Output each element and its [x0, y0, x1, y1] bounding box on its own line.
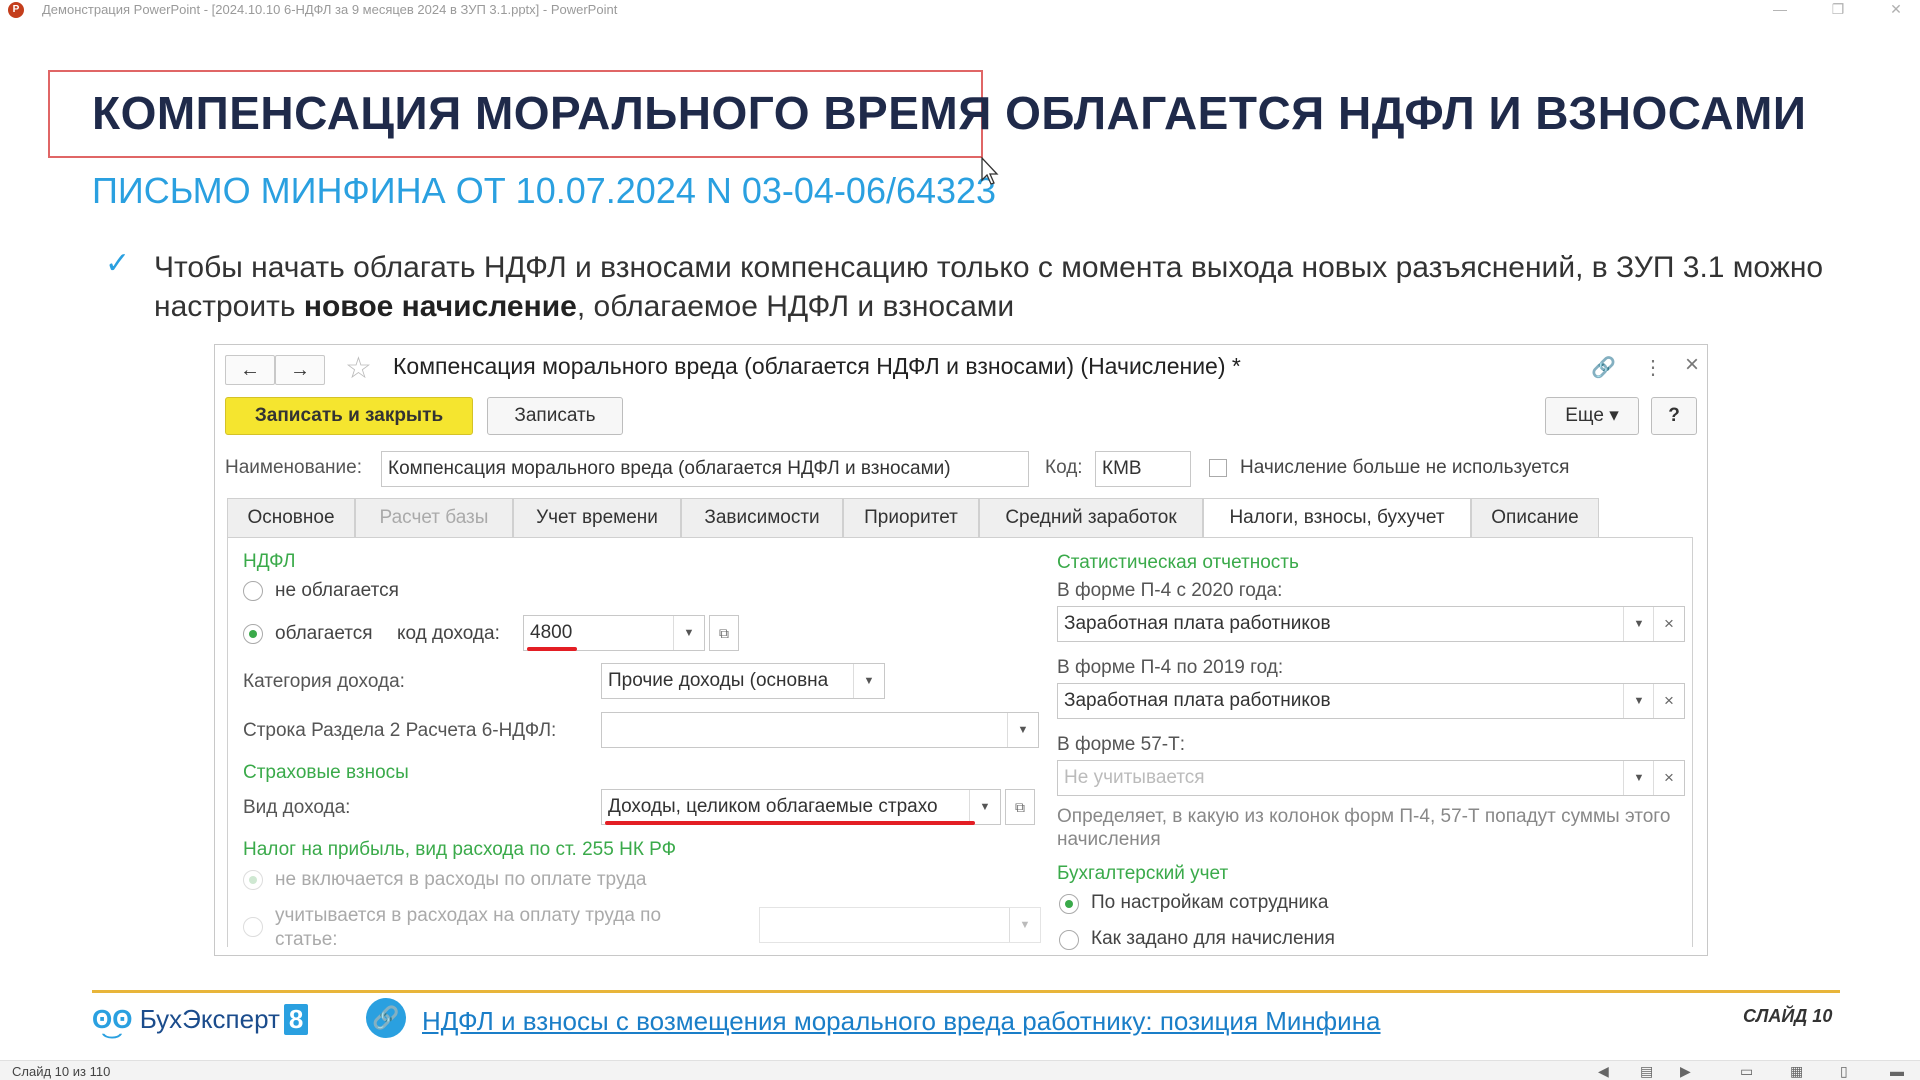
profit-included-label-2: статье:: [275, 929, 338, 951]
report-line-label: Строка Раздела 2 Расчета 6-НДФЛ:: [243, 720, 556, 742]
window-title: Демонстрация PowerPoint - [2024.10.10 6-…: [42, 1, 617, 19]
f57-label: В форме 57-Т:: [1057, 734, 1185, 756]
tab-average-earnings[interactable]: Средний заработок: [979, 498, 1203, 538]
owl-logo-icon: ʘ͜ʘ: [92, 1004, 132, 1034]
name-label: Наименование:: [225, 457, 362, 479]
highlight-underline: [527, 647, 577, 651]
ndfl-not-taxed-label: не облагается: [275, 580, 399, 602]
chevron-down-icon[interactable]: ▼: [969, 790, 1000, 824]
tab-time-accounting[interactable]: Учет времени: [513, 498, 681, 538]
profit-included-radio[interactable]: [243, 917, 263, 937]
chevron-down-icon[interactable]: ▼: [1623, 684, 1654, 718]
minimize-button[interactable]: —: [1760, 0, 1800, 20]
status-bar: Слайд 10 из 110 ◀ ▤ ▶ ▭ ▦ ▯ ▬: [0, 1060, 1920, 1080]
acc-as-accrual-label: Как задано для начисления: [1091, 928, 1335, 950]
link-icon[interactable]: 🔗: [1591, 355, 1616, 380]
clear-icon[interactable]: ×: [1653, 607, 1684, 641]
not-used-checkbox[interactable]: [1209, 459, 1227, 477]
more-vertical-icon[interactable]: ⋮: [1643, 355, 1663, 380]
income-code-label: код дохода:: [397, 623, 500, 645]
chevron-down-icon[interactable]: ▼: [1009, 908, 1040, 942]
code-field[interactable]: КМВ: [1095, 451, 1191, 487]
chevron-down-icon[interactable]: ▼: [673, 616, 704, 650]
normal-view-icon[interactable]: ▭: [1740, 1063, 1753, 1080]
open-icon[interactable]: ⧉: [1005, 789, 1035, 825]
income-category-field[interactable]: Прочие доходы (основна▼: [601, 663, 885, 699]
highlight-underline: [605, 821, 975, 825]
acc-as-accrual-radio[interactable]: [1059, 930, 1079, 950]
slide-counter: Слайд 10 из 110: [12, 1064, 110, 1079]
tab-priority[interactable]: Приоритет: [843, 498, 979, 538]
chevron-down-icon[interactable]: ▼: [1623, 607, 1654, 641]
tab-base-calc[interactable]: Расчет базы: [355, 498, 513, 538]
footer-divider: [92, 990, 1840, 993]
acc-by-employee-radio[interactable]: [1059, 894, 1079, 914]
tab-description[interactable]: Описание: [1471, 498, 1599, 538]
not-used-label: Начисление больше не используется: [1240, 457, 1569, 479]
reading-view-icon[interactable]: ▯: [1840, 1063, 1848, 1080]
report-line-field[interactable]: ▼: [601, 712, 1039, 748]
stat-hint: Определяет, в какую из колонок форм П-4,…: [1057, 805, 1687, 851]
play-icon[interactable]: ▶: [1680, 1063, 1691, 1080]
slide-number: СЛАЙД 10: [1743, 1006, 1832, 1027]
chevron-down-icon[interactable]: ▼: [1007, 713, 1038, 747]
previous-icon[interactable]: ◀: [1598, 1063, 1609, 1080]
article-link[interactable]: НДФЛ и взносы с возмещения морального вр…: [422, 1006, 1381, 1037]
forward-button[interactable]: →: [275, 355, 325, 385]
profit-included-label: учитывается в расходах на оплату труда п…: [275, 905, 661, 927]
income-code-field[interactable]: 4800▼: [523, 615, 705, 651]
restore-button[interactable]: ❐: [1818, 0, 1858, 20]
profit-not-included-radio[interactable]: [243, 870, 263, 890]
tab-taxes[interactable]: Налоги, взносы, бухучет: [1203, 498, 1471, 538]
expense-article-field[interactable]: ▼: [759, 907, 1041, 943]
insurance-section-title: Страховые взносы: [243, 762, 409, 784]
help-button[interactable]: ?: [1651, 397, 1697, 435]
powerpoint-icon: P: [8, 2, 24, 18]
code-label: Код:: [1045, 457, 1083, 479]
chevron-down-icon[interactable]: ▼: [853, 664, 884, 698]
tab-dependencies[interactable]: Зависимости: [681, 498, 843, 538]
p4-2019-label: В форме П-4 по 2019 год:: [1057, 657, 1283, 679]
stat-section-title: Статистическая отчетность: [1057, 552, 1299, 574]
checkmark-icon: ✓: [105, 246, 130, 281]
clear-icon[interactable]: ×: [1653, 761, 1684, 795]
notes-icon[interactable]: ▤: [1640, 1063, 1653, 1080]
clear-icon[interactable]: ×: [1653, 684, 1684, 718]
close-window-button[interactable]: ✕: [1876, 0, 1916, 20]
slide-title: КОМПЕНСАЦИЯ МОРАЛЬНОГО ВРЕМЯ ОБЛАГАЕТСЯ …: [92, 86, 1806, 140]
chevron-down-icon[interactable]: ▼: [1623, 761, 1654, 795]
income-type-field[interactable]: Доходы, целиком облагаемые страхо▼: [601, 789, 1001, 825]
p4-2020-field[interactable]: Заработная плата работников▼×: [1057, 606, 1685, 642]
link-icon: 🔗: [366, 998, 406, 1038]
slide-subtitle: ПИСЬМО МИНФИНА ОТ 10.07.2024 N 03-04-06/…: [92, 170, 996, 212]
form-title: Компенсация морального вреда (облагается…: [393, 353, 1241, 380]
close-icon[interactable]: ×: [1685, 351, 1699, 379]
buhexpert-logo: ʘ͜ʘ БухЭксперт8: [92, 1004, 308, 1035]
acc-by-employee-label: По настройкам сотрудника: [1091, 892, 1328, 914]
window-titlebar: P Демонстрация PowerPoint - [2024.10.10 …: [0, 0, 1920, 20]
ndfl-section-title: НДФЛ: [243, 551, 295, 573]
profit-not-included-label: не включается в расходы по оплате труда: [275, 869, 646, 891]
bullet-bold: новое начисление: [304, 290, 577, 323]
tab-main[interactable]: Основное: [227, 498, 355, 538]
accounting-section-title: Бухгалтерский учет: [1057, 863, 1228, 885]
profit-tax-section-title: Налог на прибыль, вид расхода по ст. 255…: [243, 839, 676, 861]
open-icon[interactable]: ⧉: [709, 615, 739, 651]
ndfl-not-taxed-radio[interactable]: [243, 581, 263, 601]
presenter-icon[interactable]: ▬: [1890, 1063, 1904, 1079]
save-button[interactable]: Записать: [487, 397, 623, 435]
ndfl-taxed-label: облагается: [275, 623, 373, 645]
income-category-label: Категория дохода:: [243, 671, 405, 693]
slide-sorter-icon[interactable]: ▦: [1790, 1063, 1803, 1080]
bullet-text: Чтобы начать облагать НДФЛ и взносами ко…: [154, 248, 1854, 326]
income-type-label: Вид дохода:: [243, 797, 350, 819]
f57-field[interactable]: Не учитывается▼×: [1057, 760, 1685, 796]
back-button[interactable]: ←: [225, 355, 275, 385]
save-and-close-button[interactable]: Записать и закрыть: [225, 397, 473, 435]
p4-2019-field[interactable]: Заработная плата работников▼×: [1057, 683, 1685, 719]
p4-2020-label: В форме П-4 с 2020 года:: [1057, 580, 1282, 602]
name-field[interactable]: Компенсация морального вреда (облагается…: [381, 451, 1029, 487]
favorite-star-icon[interactable]: ☆: [345, 351, 372, 386]
ndfl-taxed-radio[interactable]: [243, 624, 263, 644]
accrual-form: ← → ☆ Компенсация морального вреда (обла…: [214, 344, 1708, 956]
mouse-cursor-icon: [980, 156, 1000, 186]
more-button[interactable]: Еще ▾: [1545, 397, 1639, 435]
